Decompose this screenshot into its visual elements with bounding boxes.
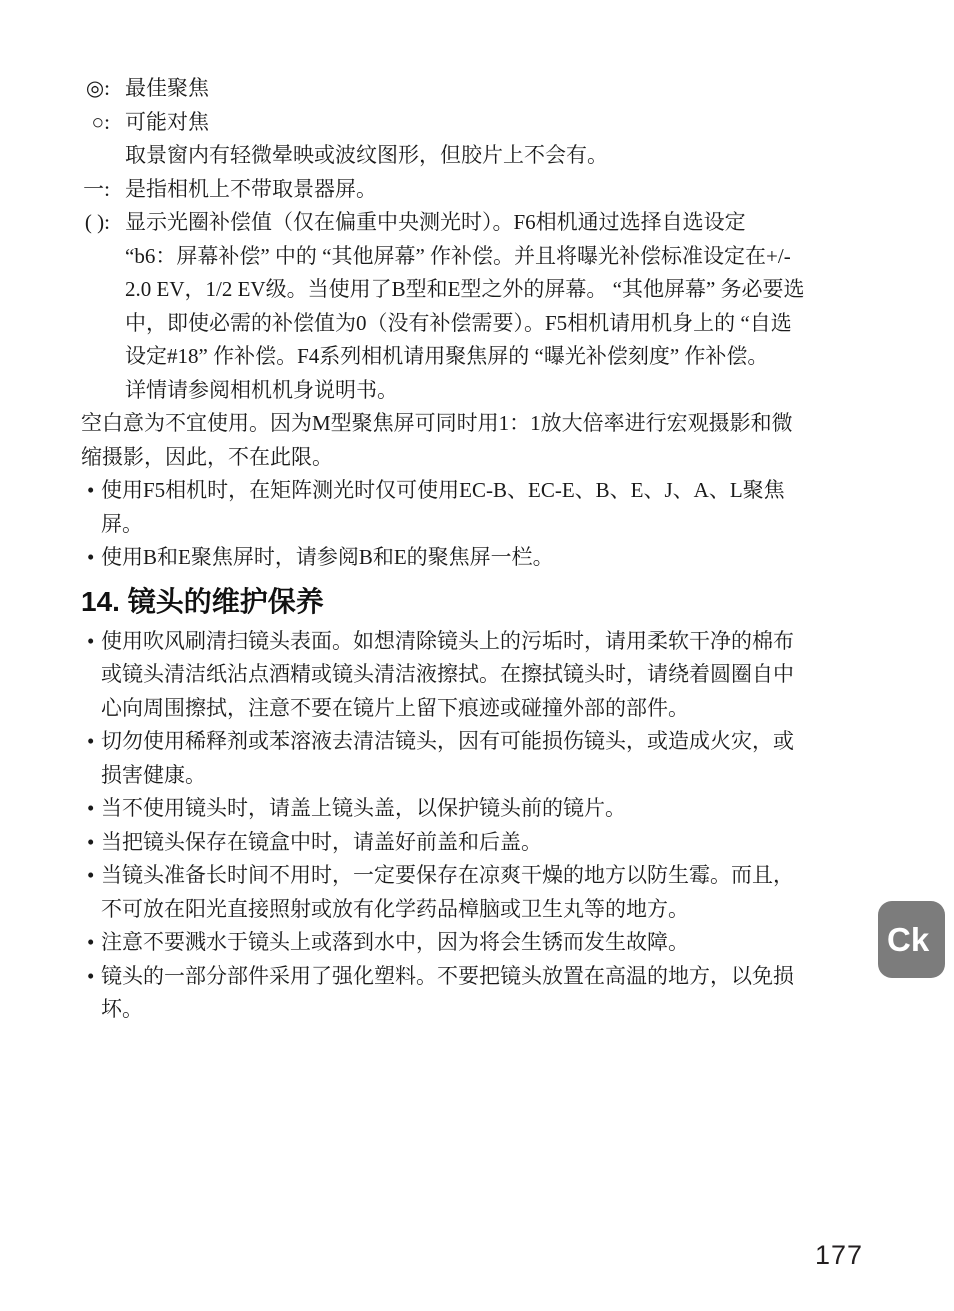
legend-symbol: 一: (66, 173, 110, 207)
section-bullet-list: • 使用吹风刷清扫镜头表面。如想清除镜头上的污垢时，请用柔软干净的棉布 或镜头清… (81, 625, 895, 1027)
bullet-item: • 切勿使用稀释剂或苯溶液去清洁镜头，因有可能损伤镜头，或造成火灾，或 损害健康… (87, 725, 895, 792)
bullet-item: • 镜头的一部分部件采用了强化塑料。不要把镜头放置在高温的地方，以免损 坏。 (87, 960, 895, 1027)
legend-text: 是指相机上不带取景器屏。 (125, 173, 895, 207)
legend-item: ◎: 最佳聚焦 (81, 72, 895, 106)
bullet-text: 当把镜头保存在镜盒中时，请盖好前盖和后盖。 (101, 826, 895, 860)
bullet-text: 镜头的一部分部件采用了强化塑料。不要把镜头放置在高温的地方，以免损 坏。 (101, 960, 895, 1027)
legend-text: 最佳聚焦 (125, 72, 895, 106)
section-heading: 14. 镜头的维护保养 (81, 582, 895, 622)
bullet-text: 使用B和E聚焦屏时，请参阅B和E的聚焦屏一栏。 (101, 541, 895, 575)
bullet-text: 注意不要溅水于镜头上或落到水中，因为将会生锈而发生故障。 (101, 926, 895, 960)
bullet-text: 当不使用镜头时，请盖上镜头盖，以保护镜头前的镜片。 (101, 792, 895, 826)
bullet-icon: • (87, 625, 101, 659)
manual-page: ◎: 最佳聚焦 ○: 可能对焦 取景窗内有轻微晕映或波纹图形，但胶片上不会有。 … (0, 0, 954, 1311)
bullet-icon: • (87, 859, 101, 893)
bullet-icon: • (87, 474, 101, 508)
bullet-text: 当镜头准备长时间不用时，一定要保存在凉爽干燥的地方以防生霉。而且， 不可放在阳光… (101, 859, 895, 926)
legend-symbol: ○: (66, 106, 110, 140)
note-paragraph: 空白意为不宜使用。因为M型聚焦屏可同时用1：1放大倍率进行宏观摄影和微 缩摄影，… (81, 407, 895, 474)
bullet-item: • 使用B和E聚焦屏时，请参阅B和E的聚焦屏一栏。 (87, 541, 895, 575)
legend-list: ◎: 最佳聚焦 ○: 可能对焦 取景窗内有轻微晕映或波纹图形，但胶片上不会有。 … (81, 72, 895, 407)
bullet-text: 使用F5相机时，在矩阵测光时仅可使用EC-B、EC-E、B、E、J、A、L聚焦 … (101, 474, 895, 541)
bullet-icon: • (87, 926, 101, 960)
bullet-icon: • (87, 792, 101, 826)
legend-text: 显示光圈补偿值（仅在偏重中央测光时）。F6相机通过选择自选设定 “b6：屏幕补偿… (125, 206, 895, 407)
legend-item: 一: 是指相机上不带取景器屏。 (81, 173, 895, 207)
bullet-item: • 使用F5相机时，在矩阵测光时仅可使用EC-B、EC-E、B、E、J、A、L聚… (87, 474, 895, 541)
bullet-icon: • (87, 541, 101, 575)
bullet-icon: • (87, 960, 101, 994)
bullet-item: • 使用吹风刷清扫镜头表面。如想清除镜头上的污垢时，请用柔软干净的棉布 或镜头清… (87, 625, 895, 726)
notes-bullet-list: • 使用F5相机时，在矩阵测光时仅可使用EC-B、EC-E、B、E、J、A、L聚… (81, 474, 895, 575)
bullet-item: • 当把镜头保存在镜盒中时，请盖好前盖和后盖。 (87, 826, 895, 860)
page-number: 177 (815, 1240, 863, 1271)
language-tab-label: Ck (887, 921, 929, 959)
legend-symbol: ( ): (66, 206, 110, 240)
legend-text: 可能对焦 取景窗内有轻微晕映或波纹图形，但胶片上不会有。 (125, 106, 895, 173)
bullet-text: 使用吹风刷清扫镜头表面。如想清除镜头上的污垢时，请用柔软干净的棉布 或镜头清洁纸… (101, 625, 895, 726)
language-tab: Ck (878, 901, 945, 978)
page-content: ◎: 最佳聚焦 ○: 可能对焦 取景窗内有轻微晕映或波纹图形，但胶片上不会有。 … (81, 72, 895, 1027)
legend-item: ○: 可能对焦 取景窗内有轻微晕映或波纹图形，但胶片上不会有。 (81, 106, 895, 173)
bullet-item: • 注意不要溅水于镜头上或落到水中，因为将会生锈而发生故障。 (87, 926, 895, 960)
legend-item: ( ): 显示光圈补偿值（仅在偏重中央测光时）。F6相机通过选择自选设定 “b6… (81, 206, 895, 407)
legend-symbol: ◎: (66, 72, 110, 106)
bullet-item: • 当不使用镜头时，请盖上镜头盖，以保护镜头前的镜片。 (87, 792, 895, 826)
bullet-item: • 当镜头准备长时间不用时，一定要保存在凉爽干燥的地方以防生霉。而且， 不可放在… (87, 859, 895, 926)
bullet-icon: • (87, 725, 101, 759)
bullet-text: 切勿使用稀释剂或苯溶液去清洁镜头，因有可能损伤镜头，或造成火灾，或 损害健康。 (101, 725, 895, 792)
bullet-icon: • (87, 826, 101, 860)
